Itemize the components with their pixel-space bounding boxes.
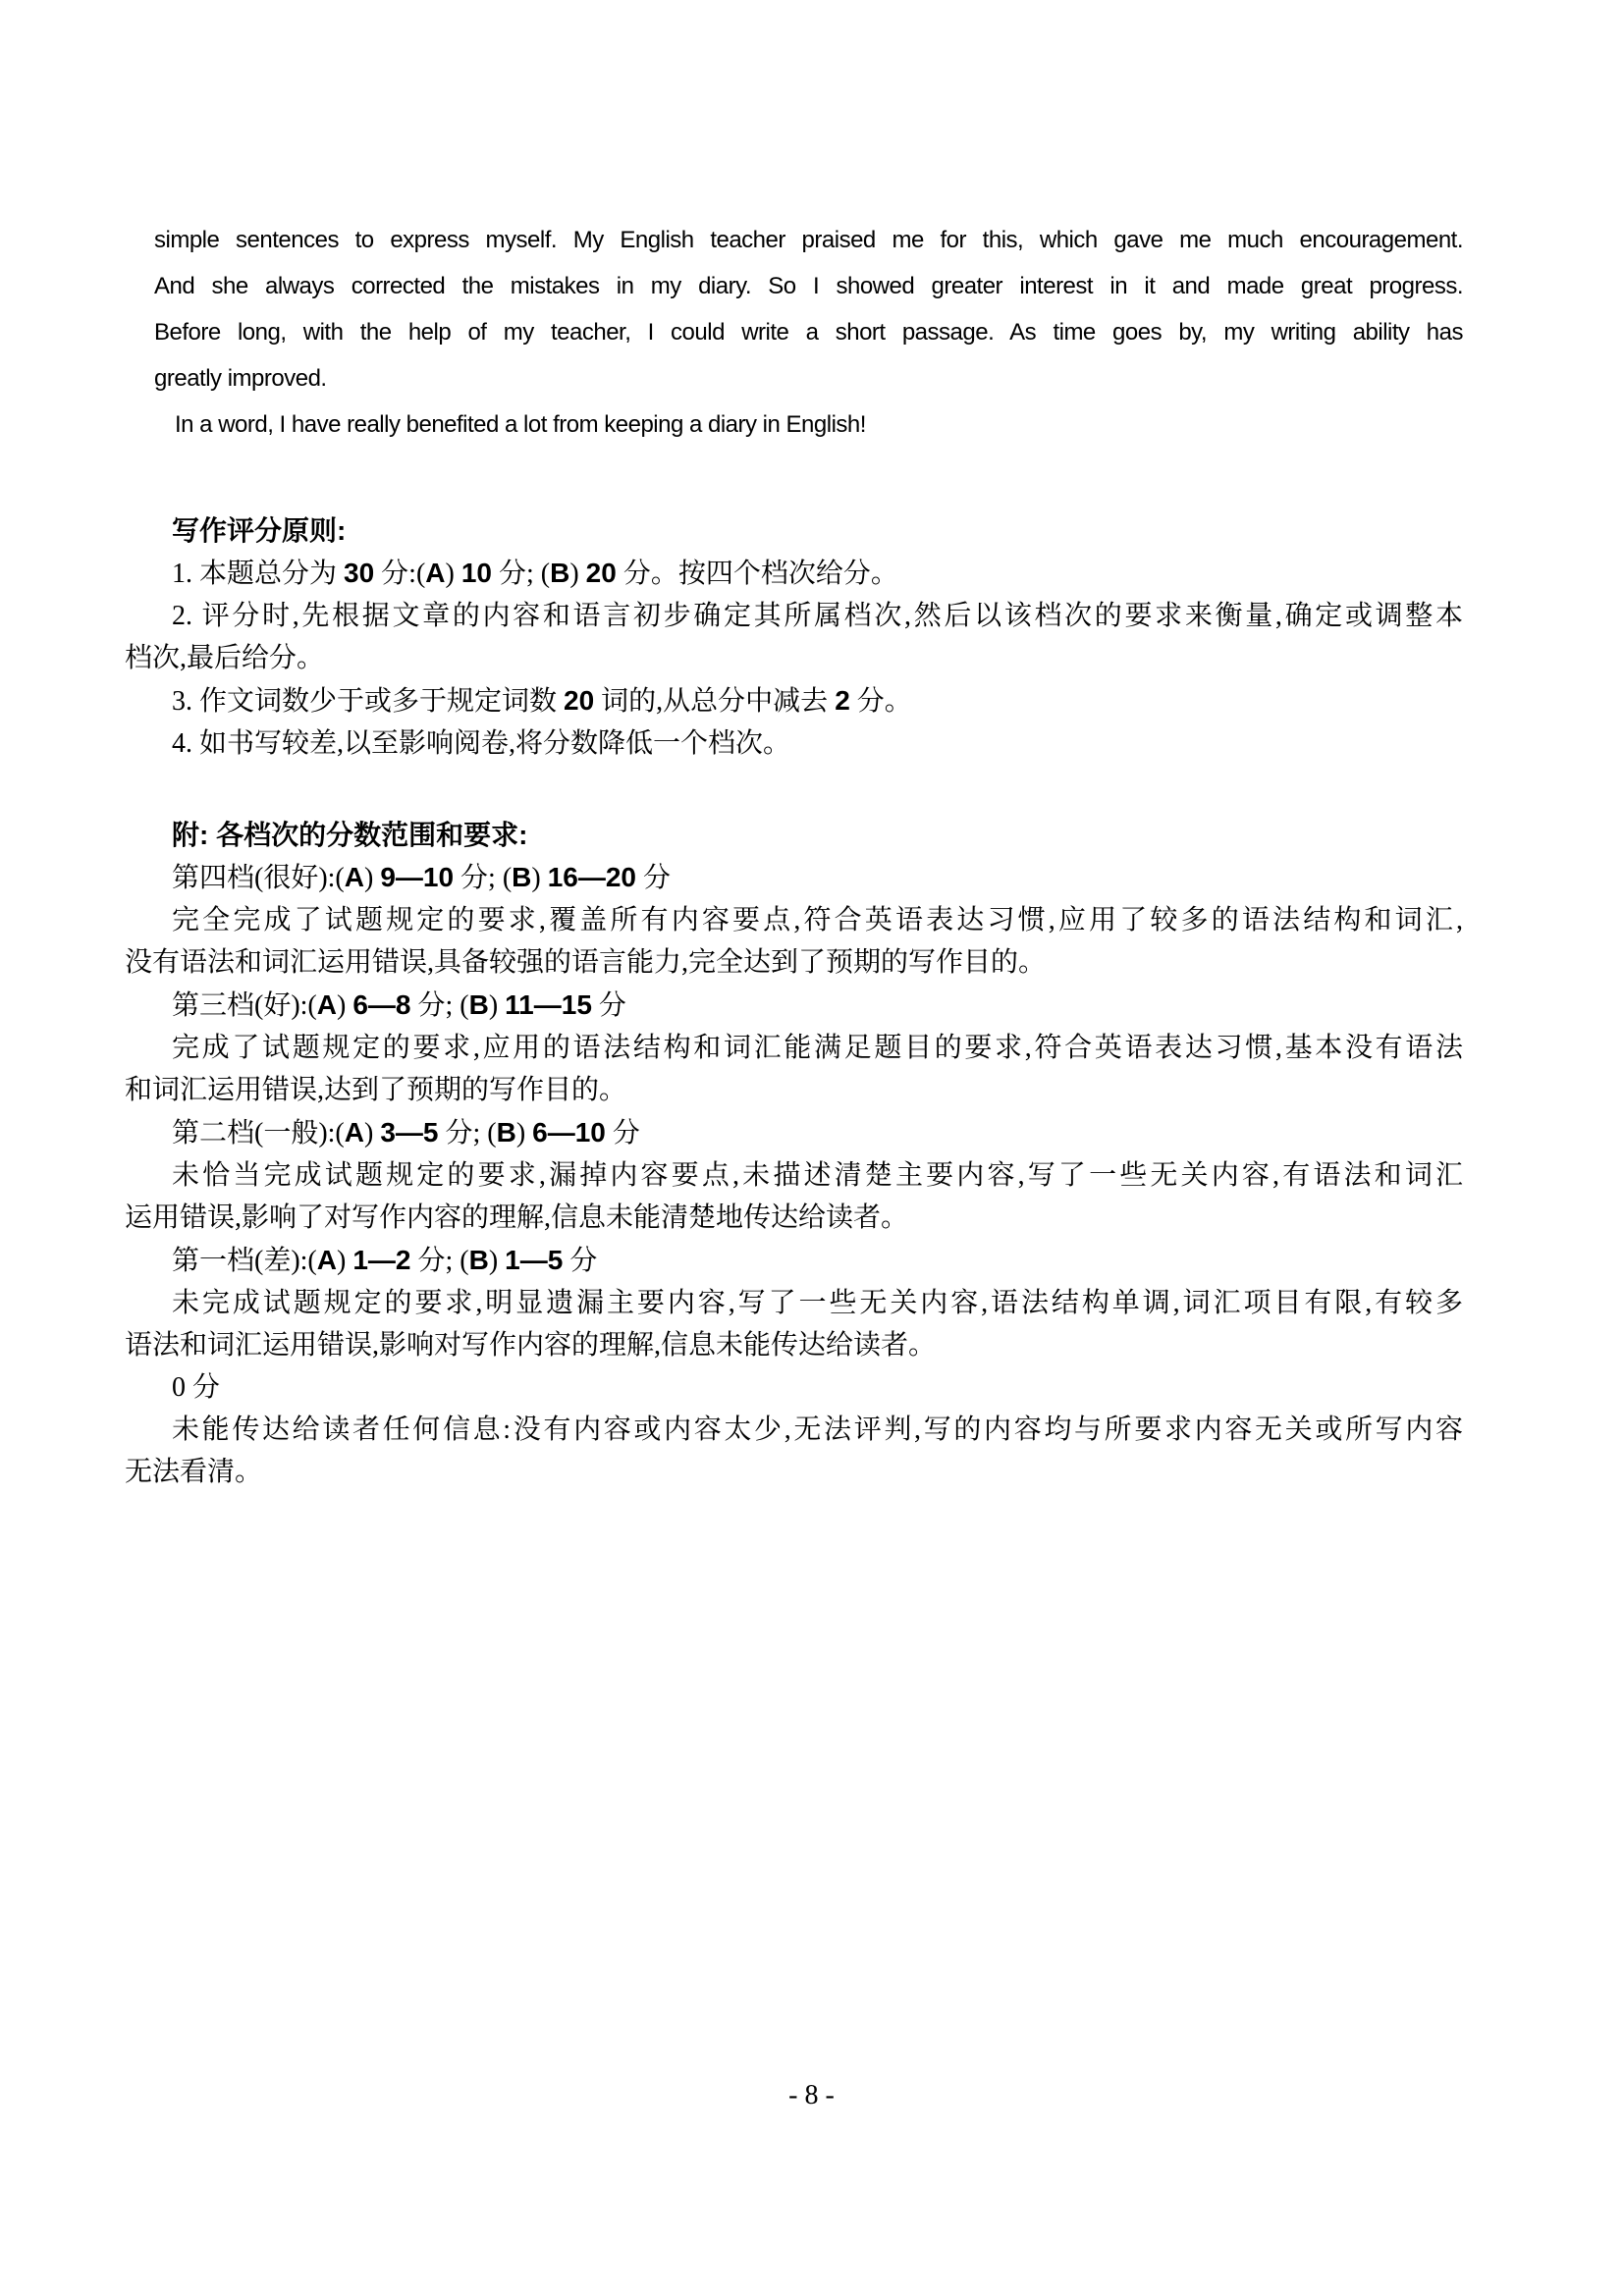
essay-line: greatly improved. [154,355,1463,401]
band-desc-line: 无法看清。 [125,1451,1463,1493]
band-title: 第二档(一般):(A) 3—5 分; (B) 6—10 分 [125,1111,1463,1154]
essay-line: Before long, with the help of my teacher… [154,309,1463,355]
bands-heading: 附: 各档次的分数范围和要求: [125,814,1463,856]
band-0: 0 分 未能传达给读者任何信息:没有内容或内容太少,无法评判,写的内容均与所要求… [125,1366,1463,1493]
band-desc-line: 语法和词汇运用错误,影响对写作内容的理解,信息未能传达给读者。 [125,1324,1463,1366]
page-content: simple sentences to express myself. My E… [125,0,1463,1493]
band-2: 第二档(一般):(A) 3—5 分; (B) 6—10 分 未恰当完成试题规定的… [125,1111,1463,1239]
band-desc-line: 运用错误,影响了对写作内容的理解,信息未能清楚地传达给读者。 [125,1197,1463,1239]
essay-closing-line: In a word, I have really benefited a lot… [154,401,1463,448]
band-title: 0 分 [125,1366,1463,1409]
essay-line: simple sentences to express myself. My E… [154,217,1463,263]
band-title: 第四档(很好):(A) 9—10 分; (B) 16—20 分 [125,856,1463,899]
scoring-rule-line: 4. 如书写较差,以至影响阅卷,将分数降低一个档次。 [125,722,1463,765]
essay-line: And she always corrected the mistakes in… [154,263,1463,309]
essay-paragraph: simple sentences to express myself. My E… [154,217,1463,448]
band-desc-line: 未恰当完成试题规定的要求,漏掉内容要点,未描述清楚主要内容,写了一些无关内容,有… [125,1154,1463,1197]
band-desc-line: 和词汇运用错误,达到了预期的写作目的。 [125,1069,1463,1111]
band-desc-line: 未完成试题规定的要求,明显遗漏主要内容,写了一些无关内容,语法结构单调,词汇项目… [125,1282,1463,1324]
band-3: 第三档(好):(A) 6—8 分; (B) 11—15 分 完成了试题规定的要求… [125,984,1463,1111]
document-page: simple sentences to express myself. My E… [0,0,1623,2296]
band-desc-line: 完全完成了试题规定的要求,覆盖所有内容要点,符合英语表达习惯,应用了较多的语法结… [125,899,1463,941]
band-4: 第四档(很好):(A) 9—10 分; (B) 16—20 分 完全完成了试题规… [125,856,1463,984]
page-number: - 8 - [0,2079,1623,2112]
scoring-principles-heading: 写作评分原则: [125,509,1463,552]
scoring-principles-section: 写作评分原则: 1. 本题总分为 30 分:(A) 10 分; (B) 20 分… [125,509,1463,765]
band-desc-line: 完成了试题规定的要求,应用的语法结构和词汇能满足题目的要求,符合英语表达习惯,基… [125,1027,1463,1069]
band-1: 第一档(差):(A) 1—2 分; (B) 1—5 分 未完成试题规定的要求,明… [125,1239,1463,1366]
scoring-rule-line: 2. 评分时,先根据文章的内容和语言初步确定其所属档次,然后以该档次的要求来衡量… [125,595,1463,637]
band-desc-line: 未能传达给读者任何信息:没有内容或内容太少,无法评判,写的内容均与所要求内容无关… [125,1409,1463,1451]
bands-section: 附: 各档次的分数范围和要求: 第四档(很好):(A) 9—10 分; (B) … [125,814,1463,1493]
band-title: 第一档(差):(A) 1—2 分; (B) 1—5 分 [125,1239,1463,1282]
band-desc-line: 没有语法和词汇运用错误,具备较强的语言能力,完全达到了预期的写作目的。 [125,941,1463,984]
scoring-rule-wrap-line: 档次,最后给分。 [125,637,1463,679]
scoring-rule-line: 1. 本题总分为 30 分:(A) 10 分; (B) 20 分。按四个档次给分… [125,552,1463,595]
scoring-rule-line: 3. 作文词数少于或多于规定词数 20 词的,从总分中减去 2 分。 [125,679,1463,722]
band-title: 第三档(好):(A) 6—8 分; (B) 11—15 分 [125,984,1463,1027]
